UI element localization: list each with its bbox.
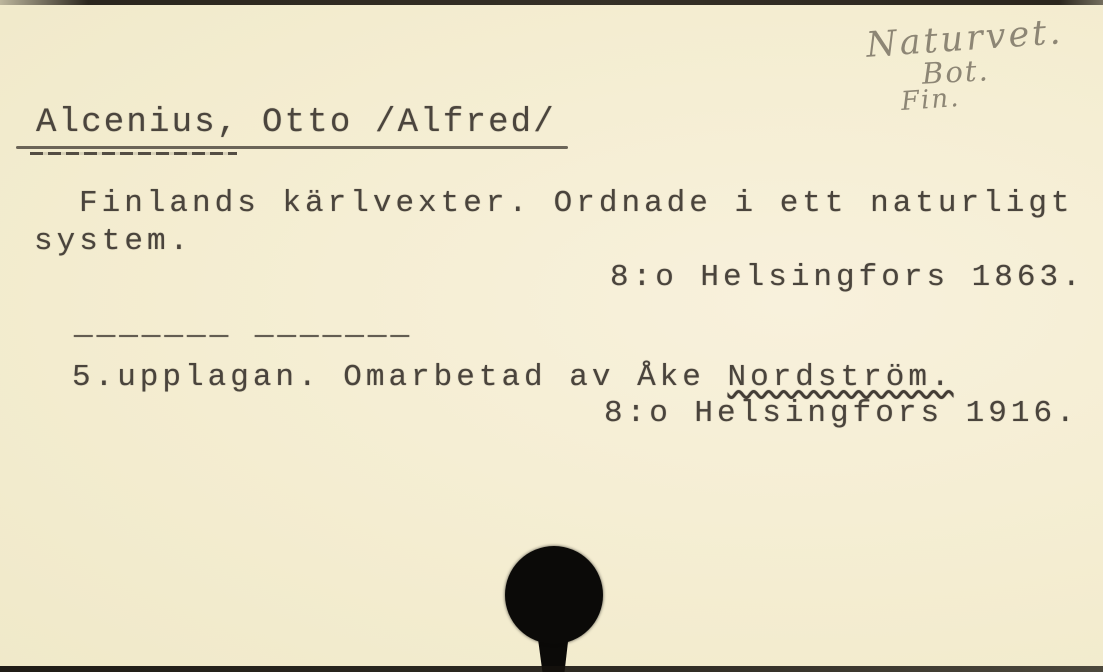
card-bottom-edge: [0, 666, 1103, 672]
edition-note-text: 5.upplagan. Omarbetad av Åke: [72, 360, 728, 395]
edition-note: 5.upplagan. Omarbetad av Åke Nordström.: [72, 362, 954, 393]
surname-double-underline: [30, 152, 237, 155]
heading-underline: [16, 146, 568, 149]
imprint-1916: 8:o Helsingfors 1916.: [604, 398, 1079, 429]
hole-punch: [505, 546, 603, 644]
editor-name-underlined: Nordström.: [728, 360, 954, 395]
card-top-edge: [0, 0, 1103, 5]
title-line-2: system.: [34, 226, 192, 257]
classification-fin: Fin.: [900, 85, 961, 115]
imprint-1863: 8:o Helsingfors 1863.: [610, 262, 1085, 293]
author-heading: Alcenius, Otto /Alfred/: [36, 106, 556, 140]
title-line-1: Finlands kärlvexter. Ordnade i ett natur…: [79, 188, 1074, 219]
library-catalog-card: Naturvet. Bot. Fin. Alcenius, Otto /Alfr…: [0, 0, 1103, 672]
dash-separator: ——————— ———————: [74, 321, 413, 352]
